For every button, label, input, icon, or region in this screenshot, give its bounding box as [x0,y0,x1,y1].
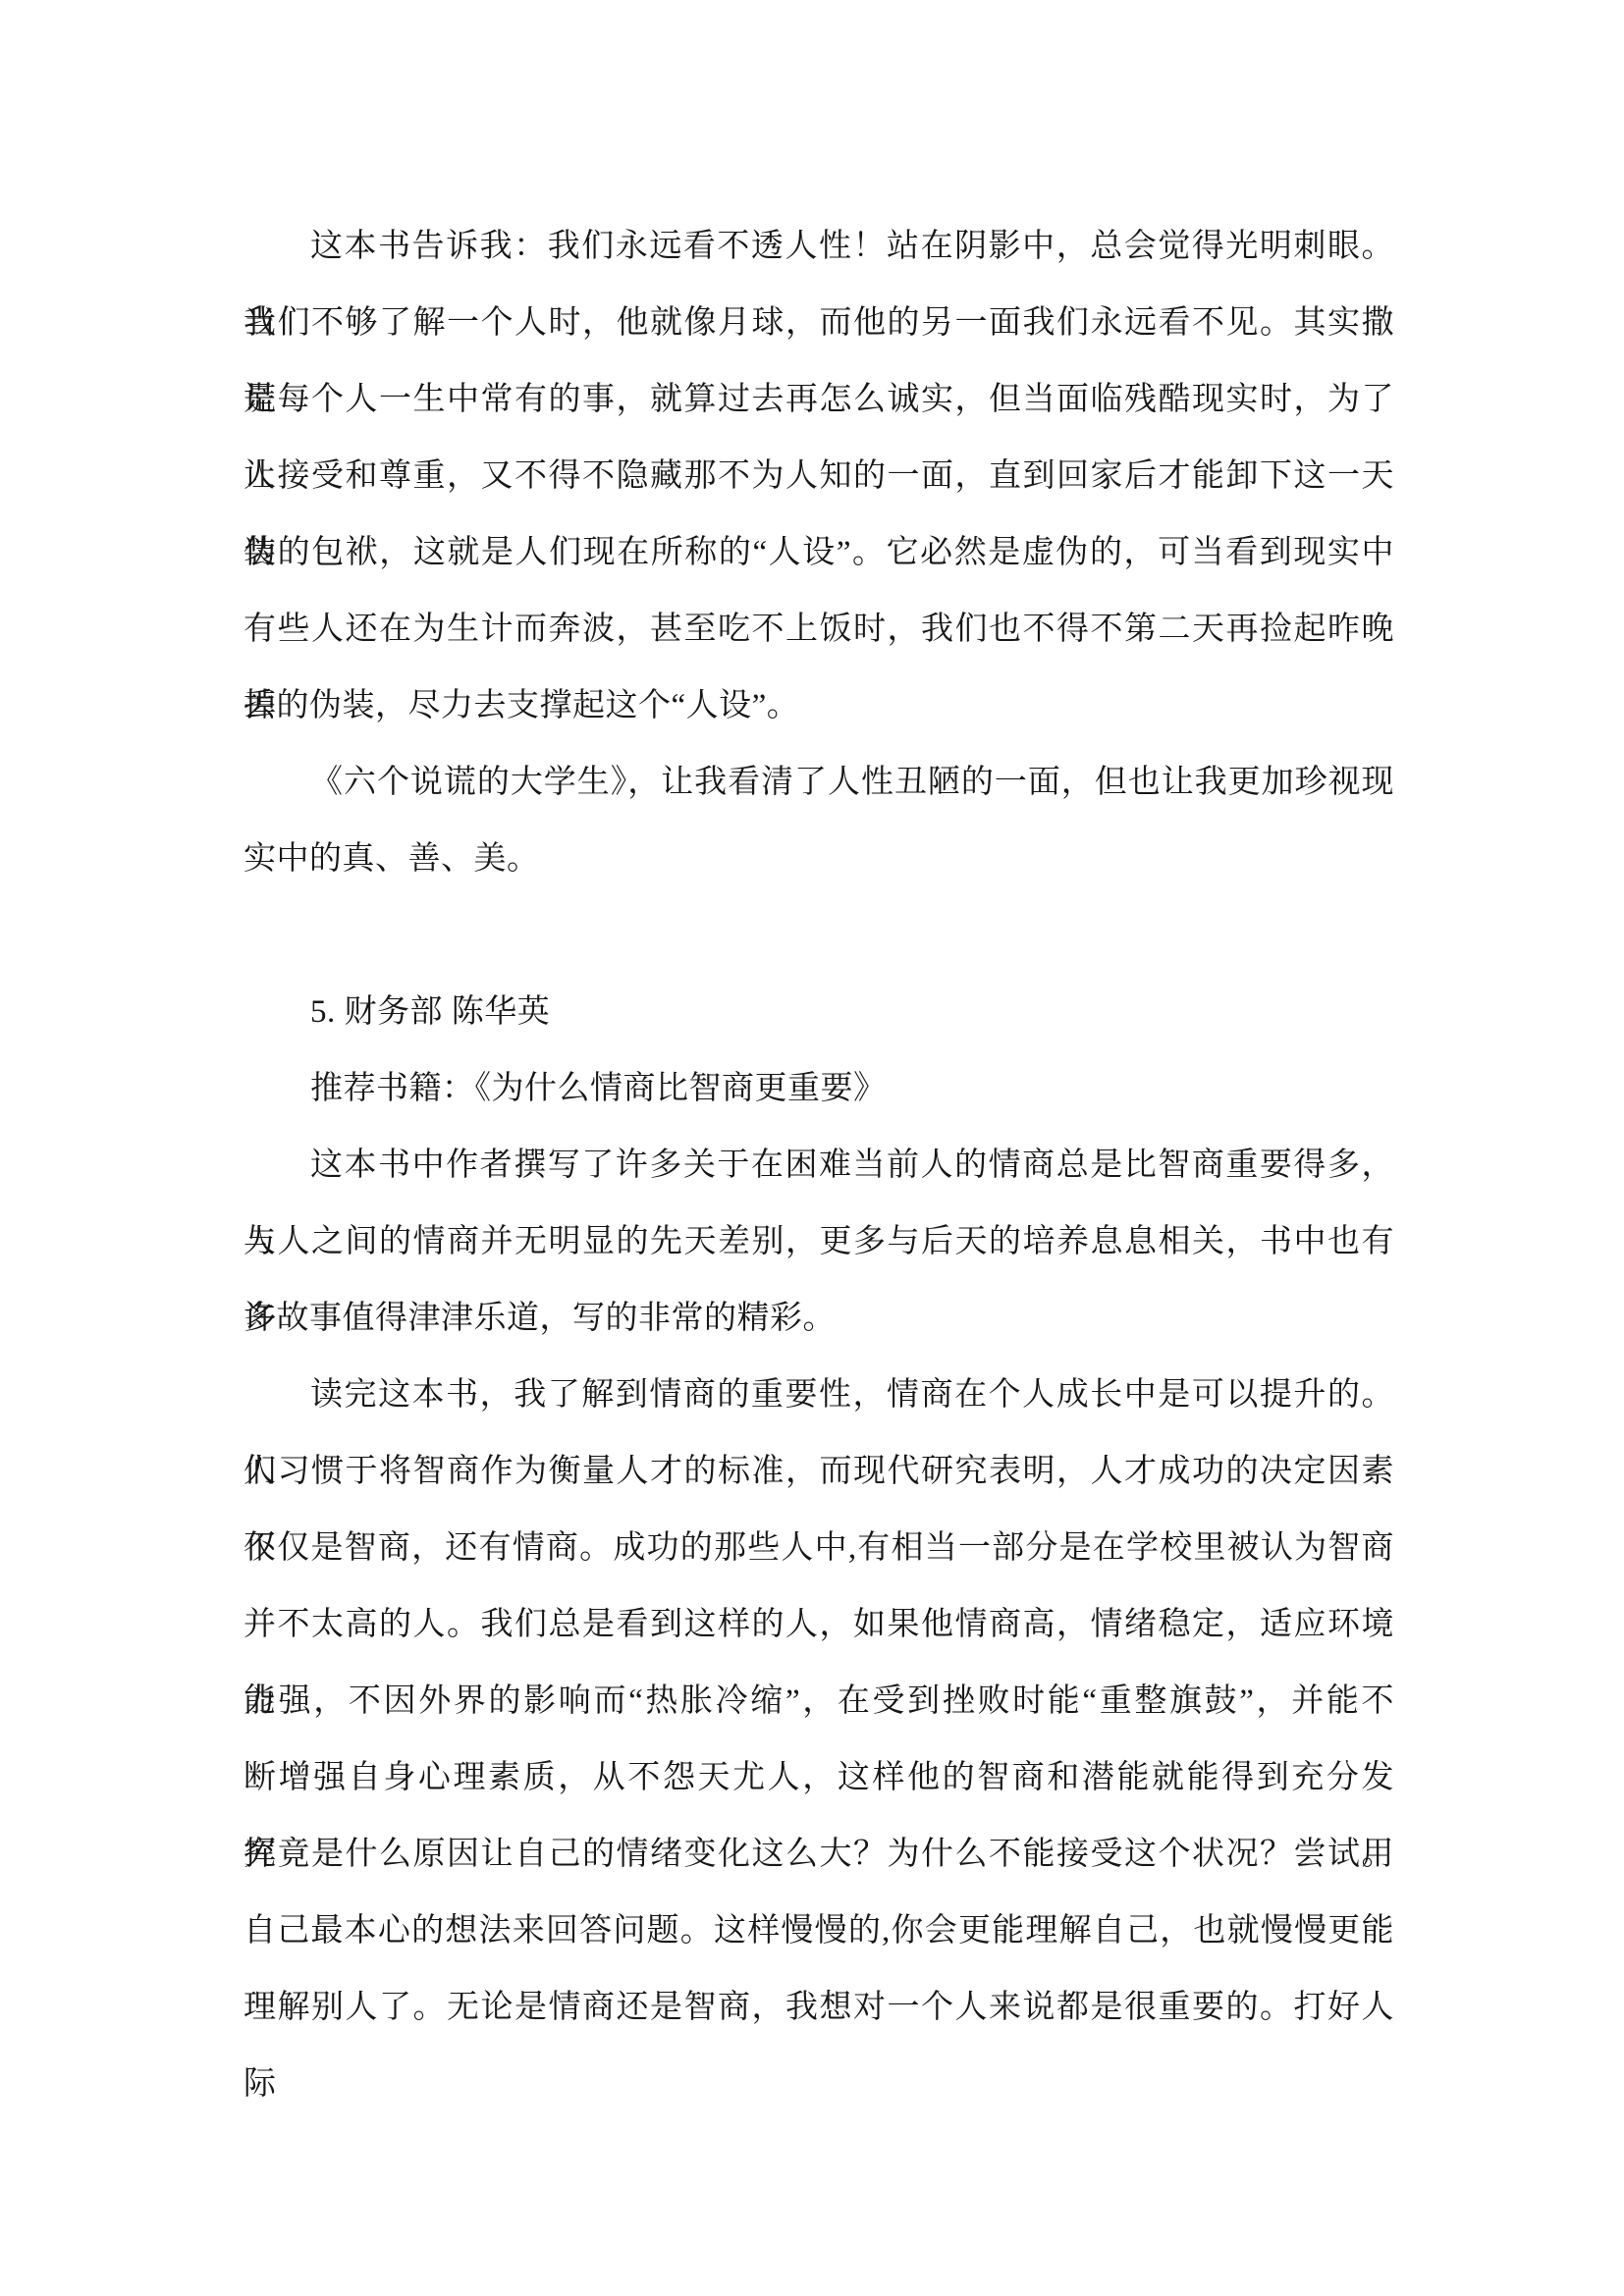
text-line: 人接受和尊重，又不得不隐藏那不为人知的一面，直到回家后才能卸下这一天伪 [244,438,1394,514]
text-line: 《六个说谎的大学生》，让我看清了人性丑陋的一面，但也让我更加珍视现 [244,744,1394,821]
text-line: 多故事值得津津乐道，写的非常的精彩。 [244,1280,1394,1357]
text-line: 并不太高的人。我们总是看到这样的人，如果他情商高，情绪稳定，适应环境能 [244,1586,1394,1663]
text-line: 与人之间的情商并无明显的先天差别，更多与后天的培养息息相关，书中也有许 [244,1203,1394,1280]
text-line: 理解别人了。无论是情商还是智商，我想对一个人来说都是很重要的。打好人际 [244,1969,1394,2046]
text-line: 仅仅是智商，还有情商。成功的那些人中,有相当一部分是在学校里被认为智商 [244,1510,1394,1586]
text-line: 是每个人一生中常有的事，就算过去再怎么诚实，但当面临残酷现实时，为了让 [244,361,1394,438]
text-line: 们习惯于将智商作为衡量人才的标准，而现代研究表明，人才成功的决定因素不 [244,1433,1394,1510]
text-line: 实中的真、善、美。 [244,821,1394,897]
text-line: 自己最本心的想法来回答问题。这样慢慢的,你会更能理解自己，也就慢慢更能 [244,1893,1394,1969]
text-line: 这本书中作者撰写了许多关于在困难当前人的情商总是比智商重要得多，人 [244,1127,1394,1203]
text-line: 读完这本书，我了解到情商的重要性，情商在个人成长中是可以提升的。人 [244,1357,1394,1433]
text-line: 这本书告诉我：我们永远看不透人性！站在阴影中，总会觉得光明刺眼。当 [244,208,1394,285]
document-body: 这本书告诉我：我们永远看不透人性！站在阴影中，总会觉得光明刺眼。当我们不够了解一… [244,208,1394,2046]
text-line: 断增强自身心理素质，从不怨天尤人，这样他的智商和潜能就能得到充分发挥。 [244,1739,1394,1816]
text-line: 究竟是什么原因让自己的情绪变化这么大？为什么不能接受这个状况？尝试用 [244,1816,1394,1893]
text-line: 我们不够了解一个人时，他就像月球，而他的另一面我们永远看不见。其实撒谎 [244,285,1394,361]
recommended-book-title: 推荐书籍：《为什么情商比智商更重要》 [244,1050,1394,1127]
recommender-heading: 5. 财务部 陈华英 [244,974,1394,1050]
text-line: 有些人还在为生计而奔波，甚至吃不上饭时，我们也不得不第二天再捡起昨晚丢 [244,591,1394,667]
blank-line [244,897,1394,974]
document-page: 这本书告诉我：我们永远看不透人性！站在阴影中，总会觉得光明刺眼。当我们不够了解一… [0,0,1624,2296]
text-line: 掉的伪装，尽力去支撑起这个“人设”。 [244,667,1394,744]
text-line: 力强，不因外界的影响而“热胀冷缩”，在受到挫败时能“重整旗鼓”，并能不 [244,1663,1394,1739]
text-line: 装的包袱，这就是人们现在所称的“人设”。它必然是虚伪的，可当看到现实中 [244,514,1394,591]
